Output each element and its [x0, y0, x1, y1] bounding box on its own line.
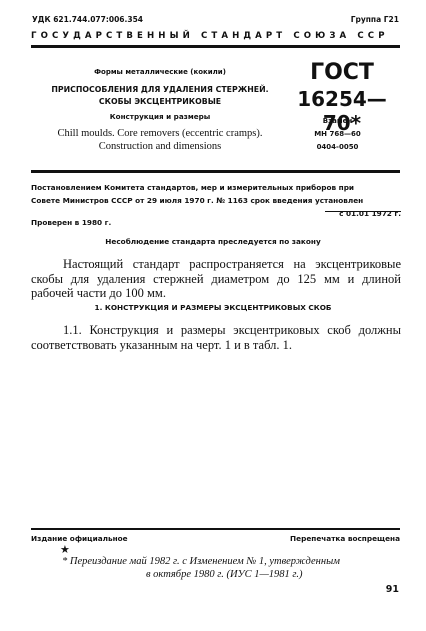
replaces-standard-2: 0404-0050 — [290, 141, 385, 154]
udk-code: УДК 621.744.077:006.354 — [32, 15, 143, 24]
subtitle: Конструкция и размеры — [40, 112, 280, 121]
english-line-2: Construction and dimensions — [40, 140, 280, 153]
reissue-line-2: в октябре 1980 г. (ИУС 1—1981 г.) — [62, 568, 362, 581]
decree-text: Постановлением Комитета стандартов, мер … — [31, 181, 401, 220]
official-edition: Издание официальное — [31, 534, 128, 543]
reprint-notice: Перепечатка воспрещена — [290, 534, 400, 543]
clause-1-1: 1.1. Конструкция и размеры эксцентриковы… — [31, 323, 401, 352]
decree-line-2: Совете Министров СССР от 29 июля 1970 г.… — [31, 194, 401, 207]
category-label: Формы металлические (кокили) — [40, 68, 280, 76]
replaces-block: Взамен МН 768—60 0404-0050 — [290, 115, 385, 154]
title-line-2: СКОБЫ ЭКСЦЕНТРИКОВЫЕ — [40, 96, 280, 108]
english-line-1: Chill moulds. Core removers (eccentric c… — [40, 127, 280, 140]
header-rule — [31, 45, 400, 48]
replaces-standard-1: МН 768—60 — [290, 128, 385, 141]
document-title: ПРИСПОСОБЛЕНИЯ ДЛЯ УДАЛЕНИЯ СТЕРЖНЕЙ. СК… — [40, 84, 280, 108]
footer-rule — [31, 528, 400, 530]
state-standard-heading: ГОСУДАРСТВЕННЫЙ СТАНДАРТ СОЮЗА ССР — [31, 31, 400, 41]
reissue-note: * Переиздание май 1982 г. с Изменением №… — [62, 555, 362, 581]
replaces-label: Взамен — [290, 115, 385, 128]
checked-note: Проверен в 1980 г. — [31, 218, 111, 227]
gost-label: ГОСТ — [282, 60, 402, 85]
section-heading: 1. КОНСТРУКЦИЯ И РАЗМЕРЫ ЭКСЦЕНТРИКОВЫХ … — [0, 303, 426, 312]
violation-notice: Несоблюдение стандарта преследуется по з… — [0, 237, 426, 246]
decree-line-1: Постановлением Комитета стандартов, мер … — [31, 181, 401, 194]
page-number: 91 — [386, 584, 399, 595]
title-rule — [31, 170, 400, 173]
date-underline — [325, 211, 401, 212]
intro-paragraph: Настоящий стандарт распространяется на э… — [31, 257, 401, 301]
title-line-1: ПРИСПОСОБЛЕНИЯ ДЛЯ УДАЛЕНИЯ СТЕРЖНЕЙ. — [40, 84, 280, 96]
group-code: Группа Г21 — [351, 15, 399, 24]
reissue-line-1: * Переиздание май 1982 г. с Изменением №… — [62, 555, 362, 568]
english-title: Chill moulds. Core removers (eccentric c… — [40, 127, 280, 153]
